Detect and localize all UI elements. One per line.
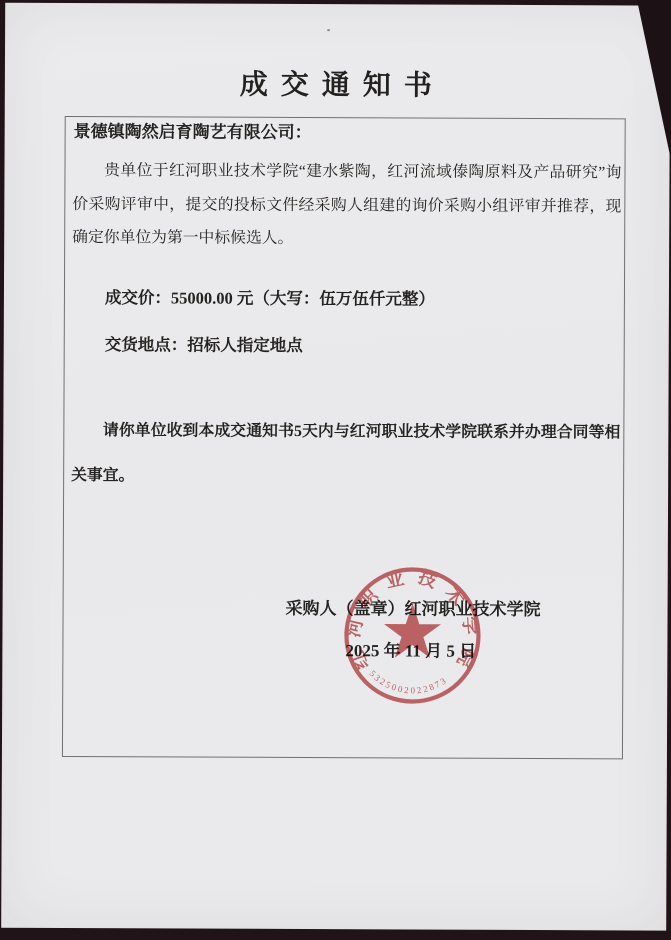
- content-box: 景德镇陶然启育陶艺有限公司： 贵单位于红河职业技术学院“建水紫陶，红河流域傣陶原…: [62, 116, 626, 759]
- seal-star-icon: [384, 603, 441, 658]
- scan-speck: [327, 29, 330, 31]
- scanned-page: 成 交 通 知 书 景德镇陶然启育陶艺有限公司： 贵单位于红河职业技术学院“建水…: [0, 0, 671, 940]
- recipient-line: 景德镇陶然启育陶艺有限公司：: [74, 119, 312, 146]
- notice-paragraph: 请你单位收到本成交通知书5天内与红河职业技术学院联系并办理合同等相关事宜。: [71, 408, 620, 500]
- price-line: 成交价：55000.00 元（大写：伍万伍仟元整）: [72, 282, 621, 316]
- paper-sheet: 成 交 通 知 书 景德镇陶然启育陶艺有限公司： 贵单位于红河职业技术学院“建水…: [1, 3, 670, 931]
- body-paragraph: 贵单位于红河职业技术学院“建水紫陶，红河流域傣陶原料及产品研究”询价采购评审中，…: [72, 154, 621, 257]
- delivery-line: 交货地点：招标人指定地点: [72, 329, 621, 363]
- official-seal: 红河职业技术学院 5325002022873: [339, 562, 486, 709]
- document-title: 成 交 通 知 书: [5, 67, 670, 106]
